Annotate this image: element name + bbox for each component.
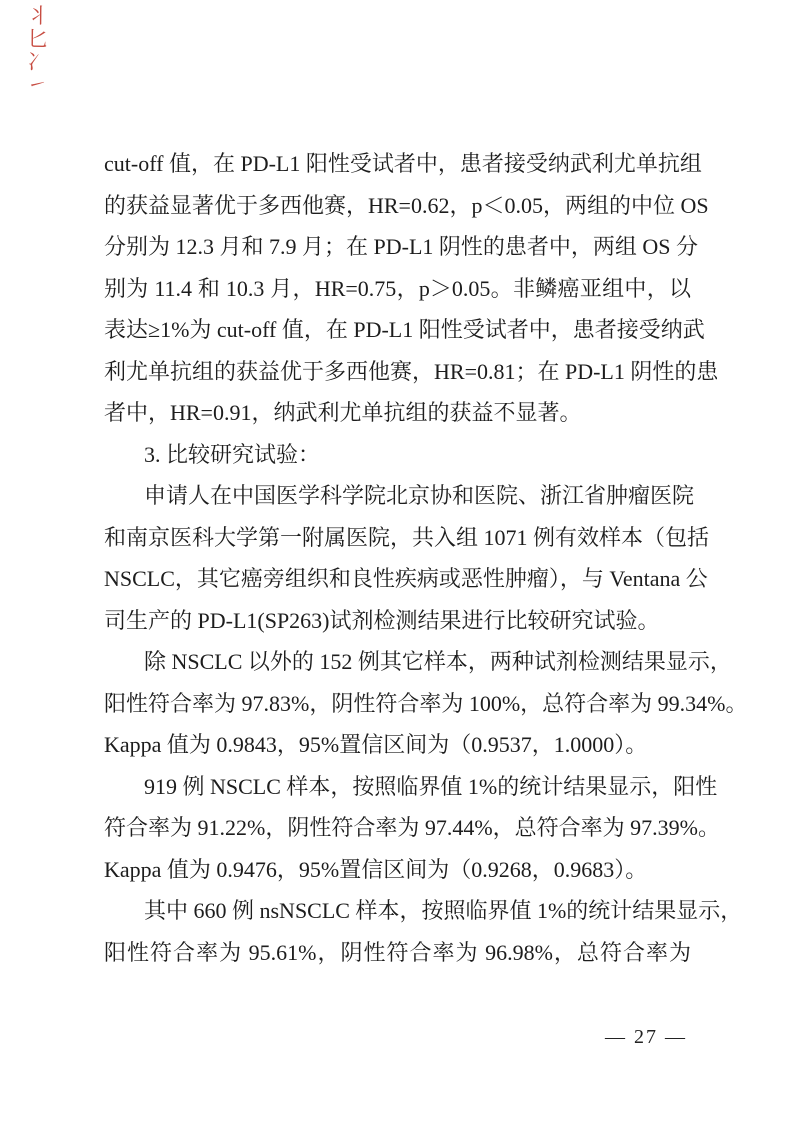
stamp-fragment-glyph: 匕 (27, 28, 61, 49)
text-line: 者中，HR=0.91，纳武利尤单抗组的获益不显著。 (104, 392, 691, 434)
text-line: 除 NSCLC 以外的 152 例其它样本，两种试剂检测结果显示， (104, 641, 691, 683)
text-line: 利尤单抗组的获益优于多西他赛，HR=0.81；在 PD-L1 阴性的患 (104, 351, 691, 393)
text-line: 分别为 12.3 月和 7.9 月；在 PD-L1 阴性的患者中，两组 OS 分 (104, 226, 691, 268)
text-line: 别为 11.4 和 10.3 月，HR=0.75，p＞0.05。非鳞癌亚组中，以 (104, 268, 691, 310)
text-line: 阳性符合率为 95.61%，阴性符合率为 96.98%，总符合率为 (104, 932, 691, 974)
text-line: 表达≥1%为 cut-off 值，在 PD-L1 阳性受试者中，患者接受纳武 (104, 309, 691, 351)
text-line: 阳性符合率为 97.83%，阴性符合率为 100%，总符合率为 99.34%。 (104, 683, 691, 725)
document-page: 丬匕冫㇀ cut-off 值，在 PD-L1 阳性受试者中，患者接受纳武利尤单抗… (0, 0, 793, 1122)
text-line: NSCLC，其它癌旁组织和良性疾病或恶性肿瘤），与 Ventana 公 (104, 558, 691, 600)
text-line: Kappa 值为 0.9476，95%置信区间为（0.9268，0.9683）。 (104, 849, 691, 891)
text-line: cut-off 值，在 PD-L1 阳性受试者中，患者接受纳武利尤单抗组 (104, 143, 691, 185)
page-number: — 27 — (0, 1024, 687, 1050)
stamp-fragment-glyph: 冫 (27, 51, 61, 72)
stamp-fragment-glyph: ㇀ (27, 74, 61, 95)
red-stamp-fragments: 丬匕冫㇀ (27, 5, 62, 97)
text-line: 3. 比较研究试验： (104, 434, 691, 476)
text-line: 申请人在中国医学科学院北京协和医院、浙江省肿瘤医院 (104, 475, 691, 517)
text-line: 其中 660 例 nsNSCLC 样本，按照临界值 1%的统计结果显示， (104, 890, 691, 932)
text-line: 的获益显著优于多西他赛，HR=0.62，p＜0.05，两组的中位 OS (104, 185, 691, 227)
text-line: 司生产的 PD-L1(SP263)试剂检测结果进行比较研究试验。 (104, 600, 691, 642)
text-line: 符合率为 91.22%，阴性符合率为 97.44%，总符合率为 97.39%。 (104, 807, 691, 849)
text-line: Kappa 值为 0.9843，95%置信区间为（0.9537，1.0000）。 (104, 724, 691, 766)
stamp-fragment-glyph: 丬 (27, 5, 61, 26)
document-text: cut-off 值，在 PD-L1 阳性受试者中，患者接受纳武利尤单抗组的获益显… (104, 143, 691, 973)
text-line: 和南京医科大学第一附属医院，共入组 1071 例有效样本（包括 (104, 517, 691, 559)
text-line: 919 例 NSCLC 样本，按照临界值 1%的统计结果显示，阳性 (104, 766, 691, 808)
